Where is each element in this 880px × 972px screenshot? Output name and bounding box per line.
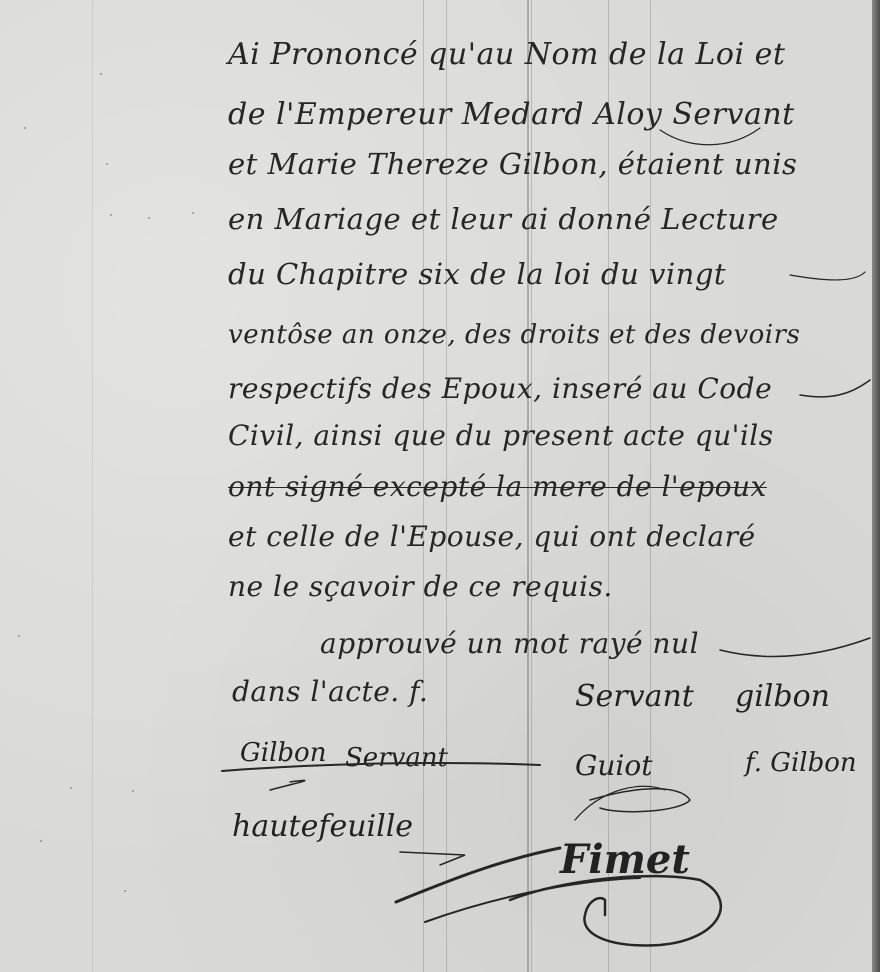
signature-f-gilbon: f. Gilbon (745, 750, 857, 776)
text-line-11: ne le sçavoir de ce requis. (228, 573, 613, 601)
signature-gilbon-2: Gilbon (240, 740, 326, 766)
signature-fimet: Fimet (560, 840, 690, 880)
signature-gilbon-1: gilbon (735, 682, 830, 712)
text-line-9: ont signé excepté la mere de l'epoux (228, 473, 767, 501)
text-line-1: Ai Prononcé qu'au Nom de la Loi et (228, 40, 785, 70)
signature-servant-1: Servant (575, 682, 694, 712)
approval-note-cont: dans l'acte. f. (232, 678, 428, 706)
text-line-10: et celle de l'Epouse, qui ont declaré (228, 523, 756, 551)
approval-note: approuvé un mot rayé nul (320, 630, 699, 658)
text-line-4: en Mariage et leur ai donné Lecture (228, 205, 779, 234)
signature-guiot: Guiot (575, 752, 652, 780)
ruled-line (92, 0, 93, 972)
document-page: Ai Prononcé qu'au Nom de la Loi et de l'… (0, 0, 880, 972)
signature-servant-2: Servant (345, 745, 448, 771)
signature-hautefeuille: hautefeuille (232, 812, 413, 842)
text-line-2: de l'Empereur Medard Aloy Servant (228, 100, 795, 130)
text-line-3: et Marie Thereze Gilbon, étaient unis (228, 150, 797, 179)
text-line-6: ventôse an onze, des droits et des devoi… (228, 322, 800, 348)
text-line-7: respectifs des Epoux, inseré au Code (228, 375, 772, 403)
page-edge (872, 0, 880, 972)
text-line-5: du Chapitre six de la loi du vingt (228, 260, 726, 289)
text-line-8: Civil, ainsi que du present acte qu'ils (228, 422, 774, 450)
